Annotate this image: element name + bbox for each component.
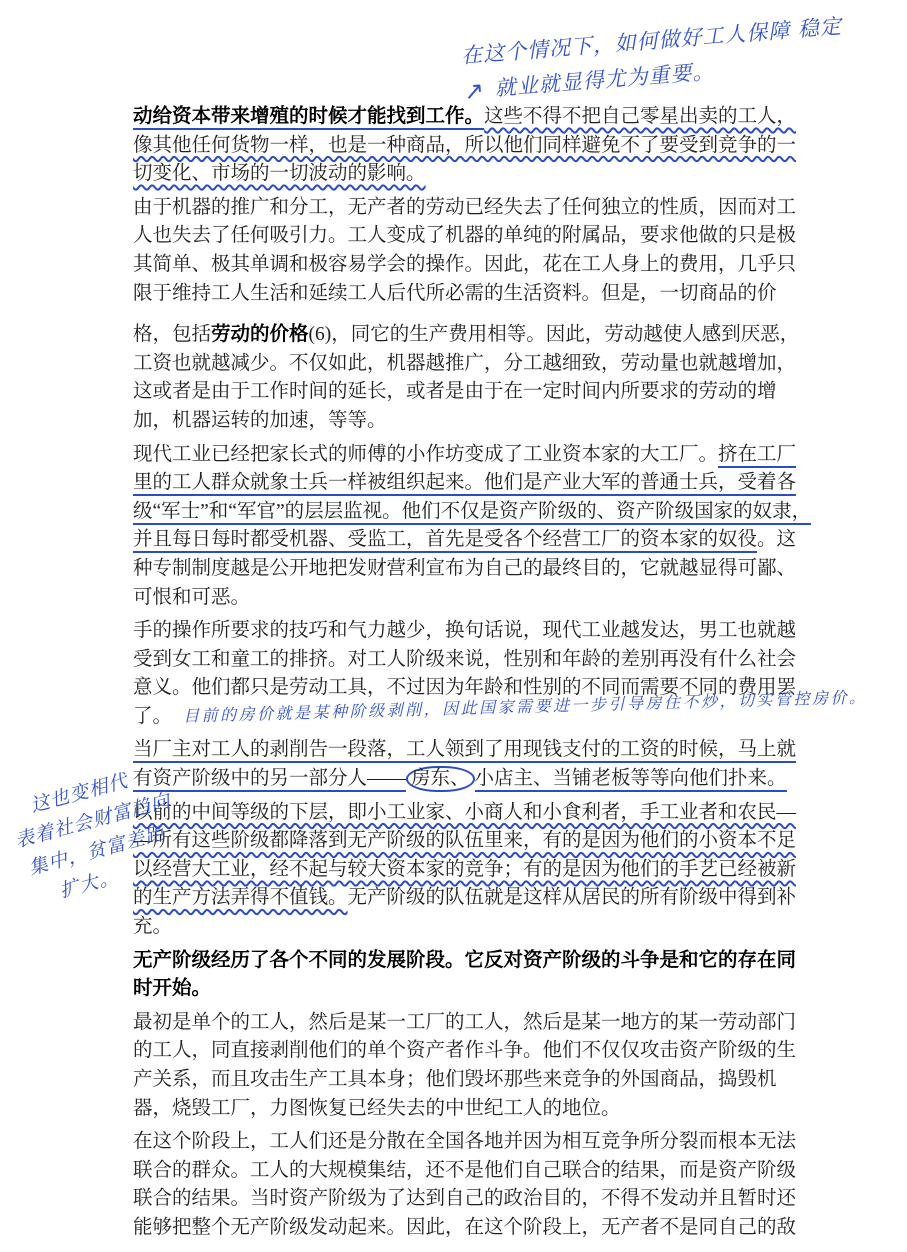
paragraph: 以前的中间等级的下层，即小工业家、小商人和小食利者，手工业者和农民——所有这些阶… bbox=[133, 799, 823, 942]
bold-text: 时开始。 bbox=[133, 978, 211, 999]
wavy-underlined-text: 的生产方法弄得不值钱。 bbox=[133, 887, 348, 908]
underlined-text: 当厂主对工人的剥削告一段落，工人领到了用现钱支付的工资的时候，马上就 bbox=[133, 739, 796, 763]
text-segment: 种专制制度越是公开地把发财营利宣布为自己的最终目的，它就越显得可鄙、 bbox=[133, 558, 796, 579]
wavy-underlined-text: 以前的中间等级的下层，即小工业家、小商人和小食利者，手工业者和农民— bbox=[133, 802, 796, 823]
text-line: 工资也就越减少。不仅如此，机器越推广，分工越细致，劳动量也就越增加， bbox=[133, 350, 823, 379]
document-text: 动给资本带来增殖的时候才能找到工作。这些不得不把自己零星出卖的工人，像其他任何货… bbox=[133, 103, 823, 1243]
paragraph: 现代工业已经把家长式的师傅的小作坊变成了工业资本家的大工厂。挤在工厂里的工人群众… bbox=[133, 441, 823, 613]
paragraph: 在这个阶段上，工人们还是分散在全国各地并因为相互竞争所分裂而根本无法联合的群众。… bbox=[133, 1128, 823, 1242]
text-segment: 格，包括 bbox=[133, 324, 211, 345]
text-segment: 受到女工和童工的排挤。对工人阶级来说，性别和年龄的差别再没有什么社会 bbox=[133, 649, 796, 670]
text-line: 能够把整个无产阶级发动起来。因此，在这个阶段上，无产者不是同自己的敌 bbox=[133, 1214, 823, 1243]
text-line: 的生产方法弄得不值钱。无产阶级的队伍就是这样从居民的所有阶级中得到补 bbox=[133, 884, 823, 913]
text-line: 像其他任何货物一样，也是一种商品，所以他们同样避免不了要受到竞争的一 bbox=[133, 132, 823, 161]
circled-text: 房东、 bbox=[406, 766, 475, 792]
text-segment: 器，烧毁工厂，力图恢复已经失去的中世纪工人的地位。 bbox=[133, 1098, 621, 1119]
text-segment: 加，机器运转的加速，等等。 bbox=[133, 410, 387, 431]
text-line: 以经营大工业，经不起与较大资本家的竞争；有的是因为他们的手艺已经被新 bbox=[133, 856, 823, 885]
text-segment: 可恨和可恶。 bbox=[133, 587, 250, 608]
paragraph: 由于机器的推广和分工，无产者的劳动已经失去了任何独立的性质，因而对工人也失去了任… bbox=[133, 194, 823, 308]
text-line: 并且每日每时都受机器、受监工，首先是受各个经营工厂的资本家的奴役。这 bbox=[133, 526, 823, 555]
text-segment: 产关系，而且攻击生产工具本身；他们毁坏那些来竞争的外国商品，捣毁机 bbox=[133, 1069, 777, 1090]
text-line: 器，烧毁工厂，力图恢复已经失去的中世纪工人的地位。 bbox=[133, 1095, 823, 1124]
text-segment: 的工人，同直接剥削他们的单个资产者作斗争。他们不仅仅攻击资产阶级的生 bbox=[133, 1040, 796, 1061]
bold-text: 劳动的价格 bbox=[211, 324, 309, 345]
text-line: 有资产阶级中的另一部分人——房东、小店主、当铺老板等等向他们扑来。 bbox=[133, 765, 823, 794]
underlined-text: 里的工人群众就象士兵一样被组织起来。他们是产业大军的普通士兵，受着各 bbox=[133, 472, 796, 496]
underlined-text: 级“军士”和“军官”的层层监视。他们不仅是资产阶级的、资产阶级国家的奴隶， bbox=[133, 501, 811, 525]
text-segment: 在这个阶段上，工人们还是分散在全国各地并因为相互竞争所分裂而根本无法 bbox=[133, 1131, 796, 1152]
text-line: 切变化、市场的一切波动的影响。 bbox=[133, 160, 823, 189]
bold-text: 无产阶级经历了各个不同的发展阶段。它反对资产阶级的斗争是和它的存在同 bbox=[133, 950, 796, 971]
text-line: 加，机器运转的加速，等等。 bbox=[133, 407, 823, 436]
text-segment: 这或者是由于工作时间的延长，或者是由于在一定时间内所要求的劳动的增 bbox=[133, 381, 777, 402]
text-line: 产关系，而且攻击生产工具本身；他们毁坏那些来竞争的外国商品，捣毁机 bbox=[133, 1066, 823, 1095]
paragraph: 最初是单个的工人，然后是某一工厂的工人，然后是某一地方的某一劳动部门的工人，同直… bbox=[133, 1009, 823, 1123]
paragraph: 无产阶级经历了各个不同的发展阶段。它反对资产阶级的斗争是和它的存在同时开始。 bbox=[133, 947, 823, 1004]
text-line: 级“军士”和“军官”的层层监视。他们不仅是资产阶级的、资产阶级国家的奴隶， bbox=[133, 498, 823, 527]
text-segment: 最初是单个的工人，然后是某一工厂的工人，然后是某一地方的某一劳动部门 bbox=[133, 1012, 796, 1033]
text-line: 联合的结果。当时资产阶级为了达到自己的政治目的，不得不发动并且暂时还 bbox=[133, 1185, 823, 1214]
text-segment: 联合的结果。当时资产阶级为了达到自己的政治目的，不得不发动并且暂时还 bbox=[133, 1188, 796, 1209]
paragraph: 动给资本带来增殖的时候才能找到工作。这些不得不把自己零星出卖的工人，像其他任何货… bbox=[133, 103, 823, 189]
text-segment: 现代工业已经把家长式的师傅的小作坊变成了工业资本家的大工厂。 bbox=[133, 444, 718, 465]
text-segment: 限于维持工人生活和延续工人后代所必需的生活资料。但是，一切商品的价 bbox=[133, 283, 777, 304]
text-segment: 能够把整个无产阶级发动起来。因此，在这个阶段上，无产者不是同自己的敌 bbox=[133, 1217, 796, 1238]
text-line: 手的操作所要求的技巧和气力越少，换句话说，现代工业越发达，男工也就越 bbox=[133, 617, 823, 646]
text-line: 当厂主对工人的剥削告一段落，工人领到了用现钱支付的工资的时候，马上就 bbox=[133, 736, 823, 765]
paragraph: 当厂主对工人的剥削告一段落，工人领到了用现钱支付的工资的时候，马上就有资产阶级中… bbox=[133, 736, 823, 793]
text-segment: 人也失去了任何吸引力。工人变成了机器的单纯的附属品，要求他做的只是极 bbox=[133, 225, 796, 246]
text-line: 由于机器的推广和分工，无产者的劳动已经失去了任何独立的性质，因而对工 bbox=[133, 194, 823, 223]
text-line: 限于维持工人生活和延续工人后代所必需的生活资料。但是，一切商品的价 bbox=[133, 280, 823, 309]
text-line: 人也失去了任何吸引力。工人变成了机器的单纯的附属品，要求他做的只是极 bbox=[133, 222, 823, 251]
underlined-text: 并且每日每时都受机器、受监工，首先是受各个经营工厂的资本家的奴役 bbox=[133, 529, 757, 553]
wavy-underlined-text: 像其他任何货物一样，也是一种商品，所以他们同样避免不了要受到竞争的一 bbox=[133, 135, 796, 156]
text-line: 联合的群众。工人的大规模集结，还不是他们自己联合的结果，而是资产阶级 bbox=[133, 1157, 823, 1186]
text-segment: 工资也就越减少。不仅如此，机器越推广，分工越细致，劳动量也就越增加， bbox=[133, 353, 796, 374]
text-line: 以前的中间等级的下层，即小工业家、小商人和小食利者，手工业者和农民— bbox=[133, 799, 823, 828]
text-segment: 充。 bbox=[133, 916, 172, 937]
wavy-underlined-text: 以经营大工业，经不起与较大资本家的竞争；有的是因为他们的手艺已经被新 bbox=[133, 859, 796, 880]
underlined-text: 动给资本带来增殖的时候才能找到工作。 bbox=[133, 106, 484, 130]
paragraph: 格，包括劳动的价格(6)，同它的生产费用相等。因此，劳动越使人感到厌恶，工资也就… bbox=[133, 321, 823, 435]
text-line: 时开始。 bbox=[133, 975, 823, 1004]
text-line: 其简单、极其单调和极容易学会的操作。因此，花在工人身上的费用，几乎只 bbox=[133, 251, 823, 280]
text-line: —所有这些阶级都降落到无产阶级的队伍里来，有的是因为他们的小资本不足 bbox=[133, 827, 823, 856]
text-line: 动给资本带来增殖的时候才能找到工作。这些不得不把自己零星出卖的工人， bbox=[133, 103, 823, 132]
wavy-underlined-text: —所有这些阶级都降落到无产阶级的队伍里来，有的是因为他们的小资本不足 bbox=[133, 830, 796, 851]
text-line: 可恨和可恶。 bbox=[133, 584, 823, 613]
text-line: 现代工业已经把家长式的师傅的小作坊变成了工业资本家的大工厂。挤在工厂 bbox=[133, 441, 823, 470]
wavy-underlined-text: 这些不得不把自己零星出卖的工人， bbox=[484, 106, 796, 127]
underlined-text: 挤在工厂 bbox=[718, 444, 796, 468]
text-segment: (6)，同它的生产费用相等。因此，劳动越使人感到厌恶， bbox=[309, 324, 800, 345]
underlined-text: 小店主、当铺老板等等向他们扑来。 bbox=[475, 768, 787, 792]
text-line: 受到女工和童工的排挤。对工人阶级来说，性别和年龄的差别再没有什么社会 bbox=[133, 646, 823, 675]
text-line: 里的工人群众就象士兵一样被组织起来。他们是产业大军的普通士兵，受着各 bbox=[133, 469, 823, 498]
text-segment: 手的操作所要求的技巧和气力越少，换句话说，现代工业越发达，男工也就越 bbox=[133, 620, 796, 641]
text-line: 种专制制度越是公开地把发财营利宣布为自己的最终目的，它就越显得可鄙、 bbox=[133, 555, 823, 584]
text-line: 这或者是由于工作时间的延长，或者是由于在一定时间内所要求的劳动的增 bbox=[133, 378, 823, 407]
text-segment: 。这 bbox=[757, 529, 796, 550]
text-line: 在这个阶段上，工人们还是分散在全国各地并因为相互竞争所分裂而根本无法 bbox=[133, 1128, 823, 1157]
text-segment: 由于机器的推广和分工，无产者的劳动已经失去了任何独立的性质，因而对工 bbox=[133, 197, 796, 218]
wavy-underlined-text: 切变化、市场的一切波动的影响。 bbox=[133, 163, 426, 184]
page: { "page":{ "background":"#ffffff", "prin… bbox=[0, 0, 907, 1252]
text-line: 的工人，同直接剥削他们的单个资产者作斗争。他们不仅仅攻击资产阶级的生 bbox=[133, 1037, 823, 1066]
text-line: 充。 bbox=[133, 913, 823, 942]
text-line: 无产阶级经历了各个不同的发展阶段。它反对资产阶级的斗争是和它的存在同 bbox=[133, 947, 823, 976]
text-segment: 无产阶级的队伍就是这样从居民的所有阶级中得到补 bbox=[348, 887, 797, 908]
handwritten-note-top: 在这个情况下，如何做好工人保障 稳定 ↗就业就显得尤为重要。 bbox=[460, 9, 846, 108]
text-segment: 联合的群众。工人的大规模集结，还不是他们自己联合的结果，而是资产阶级 bbox=[133, 1160, 796, 1181]
text-line: 最初是单个的工人，然后是某一工厂的工人，然后是某一地方的某一劳动部门 bbox=[133, 1009, 823, 1038]
text-line: 格，包括劳动的价格(6)，同它的生产费用相等。因此，劳动越使人感到厌恶， bbox=[133, 321, 823, 350]
text-segment: 了。 bbox=[133, 706, 172, 727]
text-segment: 其简单、极其单调和极容易学会的操作。因此，花在工人身上的费用，几乎只 bbox=[133, 254, 796, 275]
underlined-text: 有资产阶级中的另一部分人—— bbox=[133, 768, 406, 792]
